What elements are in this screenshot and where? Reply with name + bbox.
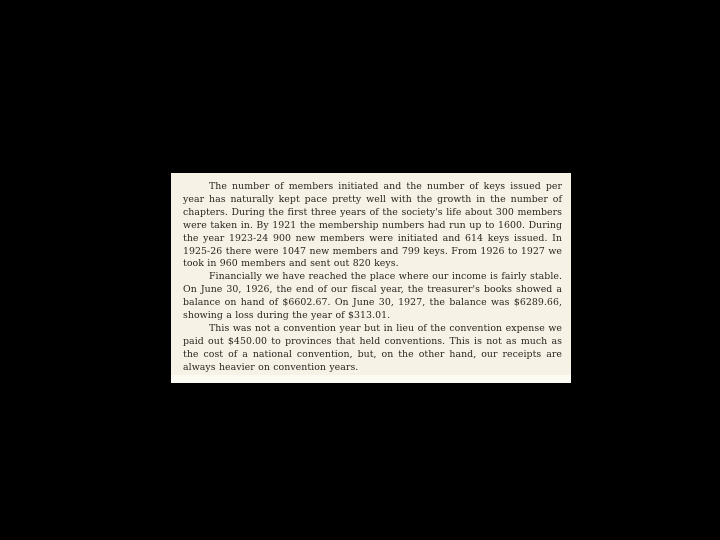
viewer-stage: The number of members initiated and the … (0, 0, 720, 540)
paragraph-finances: Financially we have reached the place wh… (183, 271, 562, 323)
page-bottom-edge (171, 375, 571, 383)
paragraph-membership: The number of members initiated and the … (183, 181, 562, 271)
scanned-page: The number of members initiated and the … (171, 173, 571, 375)
paragraph-convention: This was not a convention year but in li… (183, 323, 562, 375)
